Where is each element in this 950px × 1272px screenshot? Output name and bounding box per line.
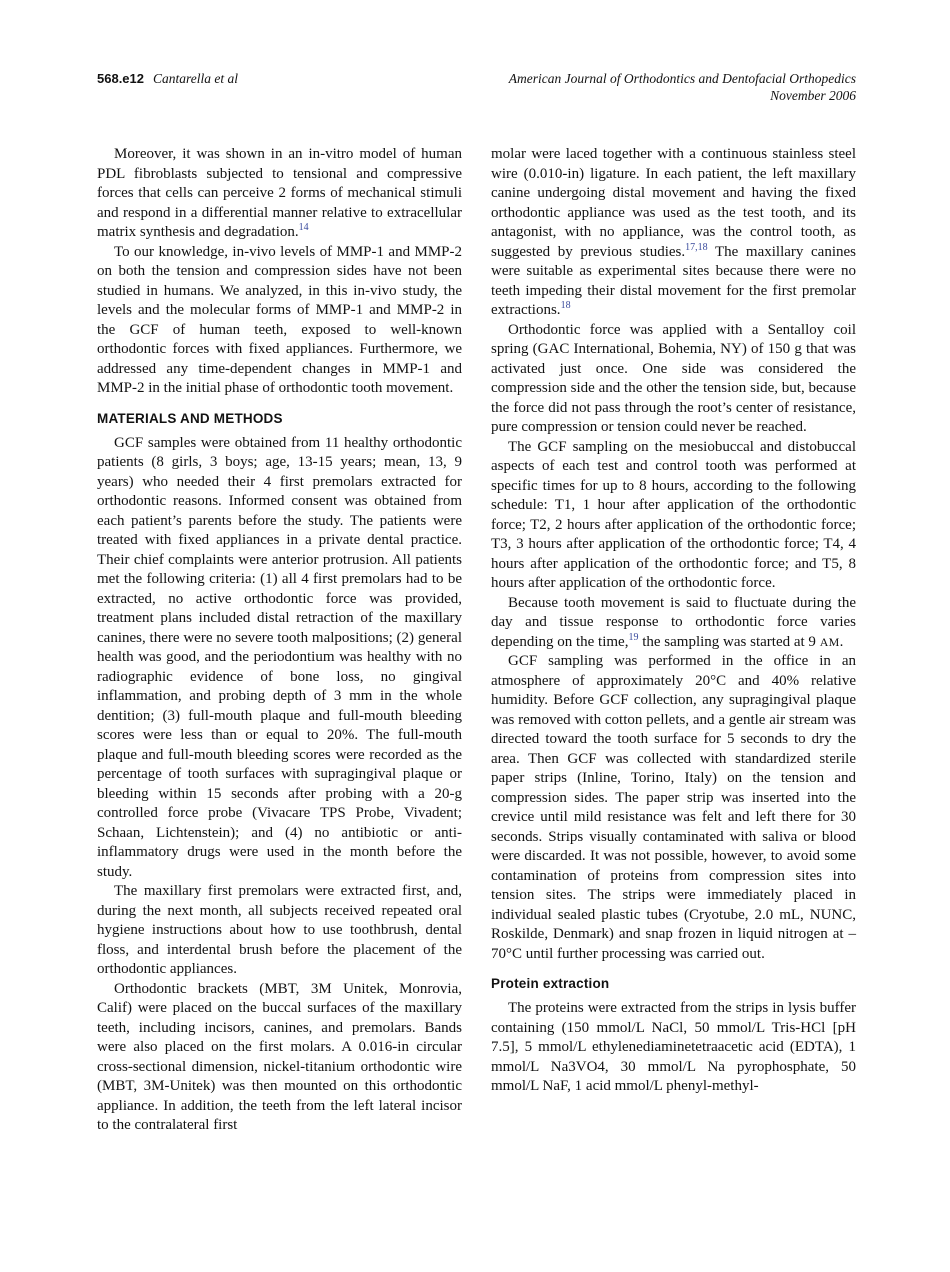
body-columns: Moreover, it was shown in an in-vitro mo… <box>97 145 856 1136</box>
right-column: molar were laced together with a continu… <box>491 145 856 1136</box>
page-header: 568.e12Cantarella et al American Journal… <box>97 70 856 104</box>
citation-link[interactable]: 18 <box>561 300 571 311</box>
paragraph: Moreover, it was shown in an in-vitro mo… <box>97 145 462 243</box>
citation-link[interactable]: 19 <box>628 632 638 643</box>
citation-link[interactable]: 14 <box>299 222 309 233</box>
paragraph: The GCF sampling on the mesiobuccal and … <box>491 438 856 594</box>
left-column: Moreover, it was shown in an in-vitro mo… <box>97 145 462 1136</box>
citation-link[interactable]: 17,18 <box>685 242 708 253</box>
running-head-left: 568.e12Cantarella et al <box>97 70 238 87</box>
running-head-right: American Journal of Orthodontics and Den… <box>509 70 856 104</box>
section-heading: MATERIALS AND METHODS <box>97 411 462 426</box>
paragraph: GCF samples were obtained from 11 health… <box>97 434 462 883</box>
paragraph: The maxillary first premolars were extra… <box>97 882 462 980</box>
journal-issue: November 2006 <box>509 87 856 104</box>
paragraph: Orthodontic force was applied with a Sen… <box>491 321 856 438</box>
smallcaps-text: AM <box>820 635 840 649</box>
paragraph: Orthodontic brackets (MBT, 3M Unitek, Mo… <box>97 980 462 1136</box>
paragraph: To our knowledge, in-vivo levels of MMP-… <box>97 243 462 399</box>
section-heading: Protein extraction <box>491 976 856 991</box>
paragraph: The proteins were extracted from the str… <box>491 999 856 1097</box>
journal-title: American Journal of Orthodontics and Den… <box>509 70 856 87</box>
paragraph: GCF sampling was performed in the office… <box>491 652 856 964</box>
page-number: 568.e12 <box>97 71 144 86</box>
running-authors: Cantarella et al <box>153 71 238 86</box>
journal-page: 568.e12Cantarella et al American Journal… <box>0 0 950 1272</box>
paragraph: molar were laced together with a continu… <box>491 145 856 321</box>
paragraph: Because tooth movement is said to fluctu… <box>491 594 856 653</box>
